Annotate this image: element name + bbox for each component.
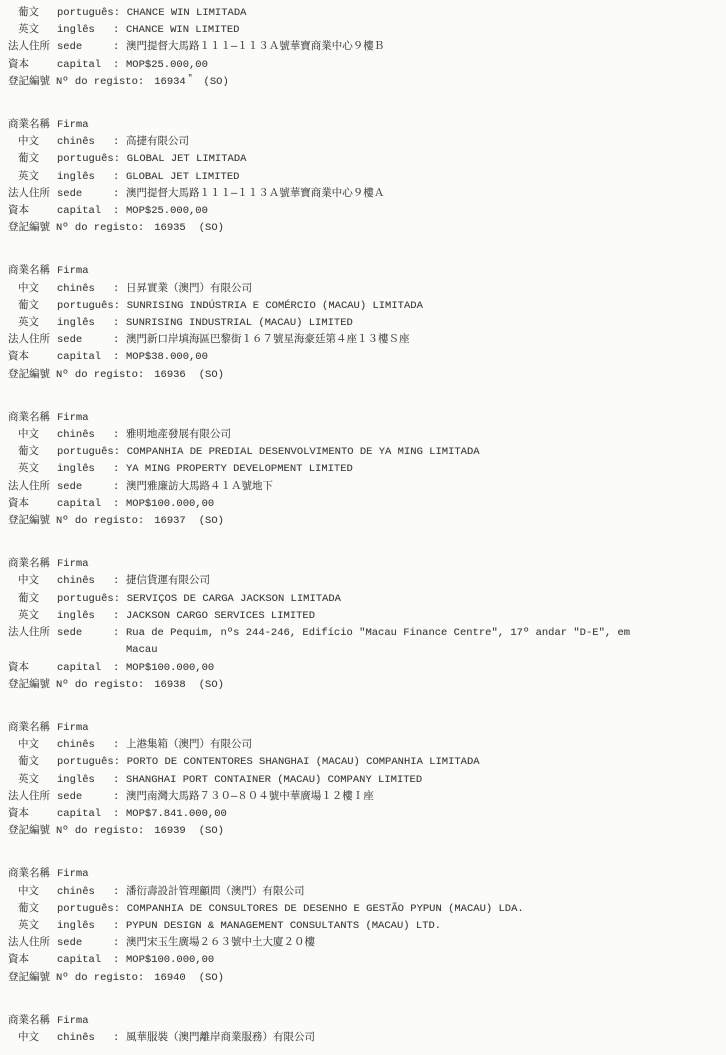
firm-label-latin: Firma bbox=[57, 720, 113, 737]
colon-separator: : bbox=[113, 918, 126, 935]
colon-separator: : bbox=[113, 935, 126, 952]
chinese-name-value: 上港集箱（澳門）有限公司 bbox=[126, 737, 252, 754]
english-label-latin: inglês bbox=[57, 461, 113, 478]
english-label-cjk: 英文 bbox=[18, 608, 57, 625]
address-row: 法人住所 sede : 澳門南灣大馬路７３０—８０４號中華廣場１２樓Ｉ座 bbox=[8, 789, 718, 806]
address-label-latin: sede bbox=[57, 625, 113, 642]
portuguese-name-row: 葡文 português : GLOBAL JET LIMITADA bbox=[8, 151, 718, 168]
address-label-latin: sede bbox=[57, 332, 113, 349]
address-value: Rua de Pequim, nºs 244-246, Edifício "Ma… bbox=[126, 625, 630, 659]
registration-row: 登記編號 Nº do registo: 16934 ″ (SO) bbox=[8, 74, 718, 91]
firm-label-cjk: 商業名稱 bbox=[8, 556, 57, 573]
chinese-name-row: 中文 chinês : 風華服裝（澳門離岸商業服務）有限公司 bbox=[8, 1030, 718, 1047]
registration-row: 登記編號 Nº do registo: 16935 (SO) bbox=[8, 220, 718, 237]
english-label-cjk: 英文 bbox=[18, 772, 57, 789]
portuguese-label-latin: português bbox=[57, 754, 114, 771]
capital-label-cjk: 資本 bbox=[8, 806, 57, 823]
capital-label-cjk: 資本 bbox=[8, 496, 57, 513]
colon-separator: : bbox=[113, 39, 126, 56]
registration-label-latin: Nº do registo: bbox=[56, 823, 144, 840]
address-label-latin: sede bbox=[57, 479, 113, 496]
scan-artifact-mark: ″ bbox=[188, 70, 193, 87]
portuguese-label-latin: português bbox=[57, 591, 114, 608]
capital-label-latin: capital bbox=[57, 349, 113, 366]
english-name-row: 英文 inglês : CHANCE WIN LIMITED bbox=[8, 22, 718, 39]
company-entry: 商業名稱 Firma 中文 chinês : 捷信貨運有限公司 葡文 portu… bbox=[8, 556, 718, 694]
portuguese-name-row: 葡文 português : SUNRISING INDÚSTRIA E COM… bbox=[8, 298, 718, 315]
portuguese-label-cjk: 葡文 bbox=[18, 298, 57, 315]
colon-separator: : bbox=[113, 427, 126, 444]
firm-heading-row: 商業名稱 Firma bbox=[8, 720, 718, 737]
registration-row: 登記編號 Nº do registo: 16940 (SO) bbox=[8, 970, 718, 987]
chinese-name-row: 中文 chinês : 潘衍壽設計管理顧問（澳門）有限公司 bbox=[8, 884, 718, 901]
registration-suffix: (SO) bbox=[204, 74, 229, 91]
capital-label-latin: capital bbox=[57, 57, 113, 74]
registration-row: 登記編號 Nº do registo: 16939 (SO) bbox=[8, 823, 718, 840]
colon-separator: : bbox=[113, 772, 126, 789]
colon-separator: : bbox=[113, 281, 126, 298]
chinese-label-cjk: 中文 bbox=[18, 134, 57, 151]
registration-label-cjk: 登記編號 bbox=[8, 513, 50, 530]
registration-row: 登記編號 Nº do registo: 16937 (SO) bbox=[8, 513, 718, 530]
colon-separator: : bbox=[113, 134, 126, 151]
capital-row: 資本 capital : MOP$25.000,00 bbox=[8, 57, 718, 74]
capital-row: 資本 capital : MOP$100.000,00 bbox=[8, 952, 718, 969]
chinese-label-latin: chinês bbox=[57, 737, 113, 754]
english-name-row: 英文 inglês : YA MING PROPERTY DEVELOPMENT… bbox=[8, 461, 718, 478]
address-value: 澳門提督大馬路１１１—１１３Ａ號華寶商業中心９樓Ｂ bbox=[126, 39, 384, 56]
portuguese-label-cjk: 葡文 bbox=[18, 901, 57, 918]
registration-number: 16937 bbox=[154, 513, 186, 530]
capital-value: MOP$38.000,00 bbox=[126, 349, 208, 366]
address-row: 法人住所 sede : 澳門新口岸填海區巴黎街１６７號星海豪廷第４座１３樓Ｓ座 bbox=[8, 332, 718, 349]
colon-separator: : bbox=[114, 444, 127, 461]
english-name-value: JACKSON CARGO SERVICES LIMITED bbox=[126, 608, 315, 625]
chinese-label-latin: chinês bbox=[57, 1030, 113, 1047]
chinese-name-row: 中文 chinês : 日昇實業（澳門）有限公司 bbox=[8, 281, 718, 298]
firm-label-cjk: 商業名稱 bbox=[8, 263, 57, 280]
capital-value: MOP$100.000,00 bbox=[126, 660, 214, 677]
registration-label-cjk: 登記編號 bbox=[8, 677, 50, 694]
registration-label-latin: Nº do registo: bbox=[56, 74, 144, 91]
registration-number: 16934 bbox=[154, 74, 186, 91]
colon-separator: : bbox=[113, 806, 126, 823]
address-label-cjk: 法人住所 bbox=[8, 186, 57, 203]
address-row: 法人住所 sede : 澳門提督大馬路１１１—１１３Ａ號華寶商業中心９樓Ａ bbox=[8, 186, 718, 203]
portuguese-label-cjk: 葡文 bbox=[18, 151, 57, 168]
firm-label-latin: Firma bbox=[57, 556, 113, 573]
chinese-label-cjk: 中文 bbox=[18, 884, 57, 901]
firm-heading-row: 商業名稱 Firma bbox=[8, 263, 718, 280]
chinese-label-cjk: 中文 bbox=[18, 573, 57, 590]
portuguese-label-latin: português bbox=[57, 151, 114, 168]
registration-suffix: (SO) bbox=[199, 513, 224, 530]
registration-label-latin: Nº do registo: bbox=[56, 677, 144, 694]
portuguese-name-row: 葡文 português : COMPANHIA DE CONSULTORES … bbox=[8, 901, 718, 918]
address-label-cjk: 法人住所 bbox=[8, 935, 57, 952]
registration-row: 登記編號 Nº do registo: 16936 (SO) bbox=[8, 367, 718, 384]
registration-label-latin: Nº do registo: bbox=[56, 513, 144, 530]
chinese-label-cjk: 中文 bbox=[18, 281, 57, 298]
portuguese-label-latin: português bbox=[57, 444, 114, 461]
chinese-name-value: 捷信貨運有限公司 bbox=[126, 573, 210, 590]
registry-document-page: 葡文 português : CHANCE WIN LIMITADA 英文 in… bbox=[0, 0, 726, 1055]
chinese-name-row: 中文 chinês : 上港集箱（澳門）有限公司 bbox=[8, 737, 718, 754]
firm-label-cjk: 商業名稱 bbox=[8, 720, 57, 737]
firm-heading-row: 商業名稱 Firma bbox=[8, 556, 718, 573]
registration-row: 登記編號 Nº do registo: 16938 (SO) bbox=[8, 677, 718, 694]
english-name-value: PYPUN DESIGN & MANAGEMENT CONSULTANTS (M… bbox=[126, 918, 441, 935]
firm-heading-row: 商業名稱 Firma bbox=[8, 866, 718, 883]
capital-label-latin: capital bbox=[57, 203, 113, 220]
english-label-latin: inglês bbox=[57, 772, 113, 789]
address-label-cjk: 法人住所 bbox=[8, 789, 57, 806]
english-name-value: YA MING PROPERTY DEVELOPMENT LIMITED bbox=[126, 461, 353, 478]
chinese-label-latin: chinês bbox=[57, 573, 113, 590]
chinese-name-value: 潘衍壽設計管理顧問（澳門）有限公司 bbox=[126, 884, 305, 901]
chinese-name-row: 中文 chinês : 捷信貨運有限公司 bbox=[8, 573, 718, 590]
portuguese-name-value: COMPANHIA DE CONSULTORES DE DESENHO E GE… bbox=[127, 901, 524, 918]
firm-label-latin: Firma bbox=[57, 866, 113, 883]
portuguese-name-value: SUNRISING INDÚSTRIA E COMÉRCIO (MACAU) L… bbox=[127, 298, 423, 315]
firm-label-latin: Firma bbox=[57, 263, 113, 280]
address-value: 澳門新口岸填海區巴黎街１６７號星海豪廷第４座１３樓Ｓ座 bbox=[126, 332, 410, 349]
colon-separator: : bbox=[114, 901, 127, 918]
address-value: 澳門南灣大馬路７３０—８０４號中華廣場１２樓Ｉ座 bbox=[126, 789, 374, 806]
colon-separator: : bbox=[114, 151, 127, 168]
address-label-latin: sede bbox=[57, 789, 113, 806]
colon-separator: : bbox=[113, 203, 126, 220]
address-value: 澳門宋玉生廣場２６３號中土大廈２０樓 bbox=[126, 935, 315, 952]
registration-suffix: (SO) bbox=[199, 367, 224, 384]
firm-label-cjk: 商業名稱 bbox=[8, 117, 57, 134]
english-name-value: GLOBAL JET LIMITED bbox=[126, 169, 239, 186]
company-entry: 商業名稱 Firma 中文 chinês : 潘衍壽設計管理顧問（澳門）有限公司… bbox=[8, 866, 718, 986]
registration-suffix: (SO) bbox=[199, 677, 224, 694]
address-label-cjk: 法人住所 bbox=[8, 625, 57, 642]
english-name-row: 英文 inglês : GLOBAL JET LIMITED bbox=[8, 169, 718, 186]
colon-separator: : bbox=[113, 608, 126, 625]
colon-separator: : bbox=[113, 496, 126, 513]
capital-label-latin: capital bbox=[57, 952, 113, 969]
portuguese-label-cjk: 葡文 bbox=[18, 444, 57, 461]
registration-number: 16940 bbox=[154, 970, 186, 987]
address-label-cjk: 法人住所 bbox=[8, 39, 57, 56]
registration-label-latin: Nº do registo: bbox=[56, 970, 144, 987]
colon-separator: : bbox=[113, 332, 126, 349]
english-name-value: SHANGHAI PORT CONTAINER (MACAU) COMPANY … bbox=[126, 772, 422, 789]
chinese-name-value: 雅明地產發展有限公司 bbox=[126, 427, 231, 444]
chinese-name-row: 中文 chinês : 高捷有限公司 bbox=[8, 134, 718, 151]
firm-heading-row: 商業名稱 Firma bbox=[8, 410, 718, 427]
company-entry: 商業名稱 Firma 中文 chinês : 高捷有限公司 葡文 portugu… bbox=[8, 117, 718, 237]
colon-separator: : bbox=[114, 5, 127, 22]
firm-label-latin: Firma bbox=[57, 117, 113, 134]
capital-label-latin: capital bbox=[57, 660, 113, 677]
firm-label-cjk: 商業名稱 bbox=[8, 866, 57, 883]
address-label-cjk: 法人住所 bbox=[8, 479, 57, 496]
chinese-label-latin: chinês bbox=[57, 884, 113, 901]
portuguese-name-row: 葡文 português : SERVIÇOS DE CARGA JACKSON… bbox=[8, 591, 718, 608]
capital-row: 資本 capital : MOP$100.000,00 bbox=[8, 496, 718, 513]
chinese-label-cjk: 中文 bbox=[18, 427, 57, 444]
english-name-row: 英文 inglês : PYPUN DESIGN & MANAGEMENT CO… bbox=[8, 918, 718, 935]
portuguese-name-value: PORTO DE CONTENTORES SHANGHAI (MACAU) CO… bbox=[127, 754, 480, 771]
company-entry: 商業名稱 Firma 中文 chinês : 上港集箱（澳門）有限公司 葡文 p… bbox=[8, 720, 718, 840]
colon-separator: : bbox=[114, 754, 127, 771]
address-label-latin: sede bbox=[57, 39, 113, 56]
capital-value: MOP$25.000,00 bbox=[126, 57, 208, 74]
capital-value: MOP$25.000,00 bbox=[126, 203, 208, 220]
firm-heading-row: 商業名稱 Firma bbox=[8, 1013, 718, 1030]
portuguese-label-latin: português bbox=[57, 901, 114, 918]
english-name-row: 英文 inglês : SHANGHAI PORT CONTAINER (MAC… bbox=[8, 772, 718, 789]
registration-label-latin: Nº do registo: bbox=[56, 220, 144, 237]
capital-row: 資本 capital : MOP$100.000,00 bbox=[8, 660, 718, 677]
portuguese-label-latin: português bbox=[57, 298, 114, 315]
registration-suffix: (SO) bbox=[199, 970, 224, 987]
english-label-cjk: 英文 bbox=[18, 461, 57, 478]
english-name-value: CHANCE WIN LIMITED bbox=[126, 22, 239, 39]
registration-label-cjk: 登記編號 bbox=[8, 367, 50, 384]
registration-label-latin: Nº do registo: bbox=[56, 367, 144, 384]
firm-label-latin: Firma bbox=[57, 410, 113, 427]
company-entry: 商業名稱 Firma 中文 chinês : 日昇實業（澳門）有限公司 葡文 p… bbox=[8, 263, 718, 383]
colon-separator: : bbox=[113, 461, 126, 478]
portuguese-name-value: GLOBAL JET LIMITADA bbox=[127, 151, 247, 168]
portuguese-name-value: SERVIÇOS DE CARGA JACKSON LIMITADA bbox=[127, 591, 341, 608]
chinese-label-cjk: 中文 bbox=[18, 737, 57, 754]
registration-number: 16939 bbox=[154, 823, 186, 840]
address-row: 法人住所 sede : 澳門宋玉生廣場２６３號中土大廈２０樓 bbox=[8, 935, 718, 952]
capital-label-cjk: 資本 bbox=[8, 57, 57, 74]
colon-separator: : bbox=[113, 57, 126, 74]
capital-label-cjk: 資本 bbox=[8, 660, 57, 677]
english-name-value: SUNRISING INDUSTRIAL (MACAU) LIMITED bbox=[126, 315, 353, 332]
portuguese-name-value: COMPANHIA DE PREDIAL DESENVOLVIMENTO DE … bbox=[127, 444, 480, 461]
portuguese-label-latin: português bbox=[57, 5, 114, 22]
address-row: 法人住所 sede : Rua de Pequim, nºs 244-246, … bbox=[8, 625, 718, 659]
capital-label-latin: capital bbox=[57, 806, 113, 823]
english-name-row: 英文 inglês : SUNRISING INDUSTRIAL (MACAU)… bbox=[8, 315, 718, 332]
registration-label-cjk: 登記編號 bbox=[8, 823, 50, 840]
colon-separator: : bbox=[113, 789, 126, 806]
capital-row: 資本 capital : MOP$25.000,00 bbox=[8, 203, 718, 220]
english-label-latin: inglês bbox=[57, 22, 113, 39]
portuguese-name-row: 葡文 português : COMPANHIA DE PREDIAL DESE… bbox=[8, 444, 718, 461]
colon-separator: : bbox=[114, 591, 127, 608]
colon-separator: : bbox=[113, 952, 126, 969]
capital-label-cjk: 資本 bbox=[8, 349, 57, 366]
registration-number: 16938 bbox=[154, 677, 186, 694]
registration-suffix: (SO) bbox=[199, 220, 224, 237]
address-value: 澳門雅廉訪大馬路４１Ａ號地下 bbox=[126, 479, 273, 496]
english-label-cjk: 英文 bbox=[18, 22, 57, 39]
portuguese-label-cjk: 葡文 bbox=[18, 591, 57, 608]
capital-row: 資本 capital : MOP$38.000,00 bbox=[8, 349, 718, 366]
registration-suffix: (SO) bbox=[199, 823, 224, 840]
registration-number: 16935 bbox=[154, 220, 186, 237]
chinese-name-value: 風華服裝（澳門離岸商業服務）有限公司 bbox=[126, 1030, 315, 1047]
registration-number: 16936 bbox=[154, 367, 186, 384]
capital-label-cjk: 資本 bbox=[8, 952, 57, 969]
chinese-name-value: 日昇實業（澳門）有限公司 bbox=[126, 281, 252, 298]
capital-value: MOP$7.841.000,00 bbox=[126, 806, 227, 823]
firm-label-cjk: 商業名稱 bbox=[8, 410, 57, 427]
colon-separator: : bbox=[113, 573, 126, 590]
portuguese-label-cjk: 葡文 bbox=[18, 754, 57, 771]
firm-label-cjk: 商業名稱 bbox=[8, 1013, 57, 1030]
portuguese-name-row: 葡文 português : CHANCE WIN LIMITADA bbox=[8, 5, 718, 22]
capital-label-cjk: 資本 bbox=[8, 203, 57, 220]
address-label-latin: sede bbox=[57, 935, 113, 952]
address-label-cjk: 法人住所 bbox=[8, 332, 57, 349]
registration-label-cjk: 登記編號 bbox=[8, 74, 50, 91]
colon-separator: : bbox=[113, 186, 126, 203]
registration-label-cjk: 登記編號 bbox=[8, 970, 50, 987]
colon-separator: : bbox=[113, 169, 126, 186]
capital-row: 資本 capital : MOP$7.841.000,00 bbox=[8, 806, 718, 823]
chinese-name-value: 高捷有限公司 bbox=[126, 134, 189, 151]
colon-separator: : bbox=[113, 479, 126, 496]
english-label-cjk: 英文 bbox=[18, 169, 57, 186]
colon-separator: : bbox=[113, 737, 126, 754]
colon-separator: : bbox=[113, 315, 126, 332]
english-name-row: 英文 inglês : JACKSON CARGO SERVICES LIMIT… bbox=[8, 608, 718, 625]
company-entry: 商業名稱 Firma 中文 chinês : 雅明地產發展有限公司 葡文 por… bbox=[8, 410, 718, 530]
portuguese-name-value: CHANCE WIN LIMITADA bbox=[127, 5, 247, 22]
address-row: 法人住所 sede : 澳門提督大馬路１１１—１１３Ａ號華寶商業中心９樓Ｂ bbox=[8, 39, 718, 56]
colon-separator: : bbox=[113, 660, 126, 677]
company-entry: 葡文 português : CHANCE WIN LIMITADA 英文 in… bbox=[8, 5, 718, 91]
capital-label-latin: capital bbox=[57, 496, 113, 513]
english-label-cjk: 英文 bbox=[18, 918, 57, 935]
english-label-latin: inglês bbox=[57, 315, 113, 332]
firm-heading-row: 商業名稱 Firma bbox=[8, 117, 718, 134]
colon-separator: : bbox=[113, 884, 126, 901]
colon-separator: : bbox=[113, 625, 126, 642]
firm-label-latin: Firma bbox=[57, 1013, 113, 1030]
address-value: 澳門提督大馬路１１１—１１３Ａ號華寶商業中心９樓Ａ bbox=[126, 186, 384, 203]
capital-value: MOP$100.000,00 bbox=[126, 952, 214, 969]
address-label-latin: sede bbox=[57, 186, 113, 203]
chinese-name-row: 中文 chinês : 雅明地產發展有限公司 bbox=[8, 427, 718, 444]
address-row: 法人住所 sede : 澳門雅廉訪大馬路４１Ａ號地下 bbox=[8, 479, 718, 496]
portuguese-label-cjk: 葡文 bbox=[18, 5, 57, 22]
english-label-latin: inglês bbox=[57, 918, 113, 935]
portuguese-name-row: 葡文 português : PORTO DE CONTENTORES SHAN… bbox=[8, 754, 718, 771]
chinese-label-latin: chinês bbox=[57, 281, 113, 298]
chinese-label-cjk: 中文 bbox=[18, 1030, 57, 1047]
colon-separator: : bbox=[113, 349, 126, 366]
company-entry: 商業名稱 Firma 中文 chinês : 風華服裝（澳門離岸商業服務）有限公… bbox=[8, 1013, 718, 1047]
chinese-label-latin: chinês bbox=[57, 427, 113, 444]
colon-separator: : bbox=[113, 1030, 126, 1047]
chinese-label-latin: chinês bbox=[57, 134, 113, 151]
capital-value: MOP$100.000,00 bbox=[126, 496, 214, 513]
english-label-latin: inglês bbox=[57, 608, 113, 625]
english-label-latin: inglês bbox=[57, 169, 113, 186]
registration-label-cjk: 登記編號 bbox=[8, 220, 50, 237]
english-label-cjk: 英文 bbox=[18, 315, 57, 332]
colon-separator: : bbox=[113, 22, 126, 39]
colon-separator: : bbox=[114, 298, 127, 315]
